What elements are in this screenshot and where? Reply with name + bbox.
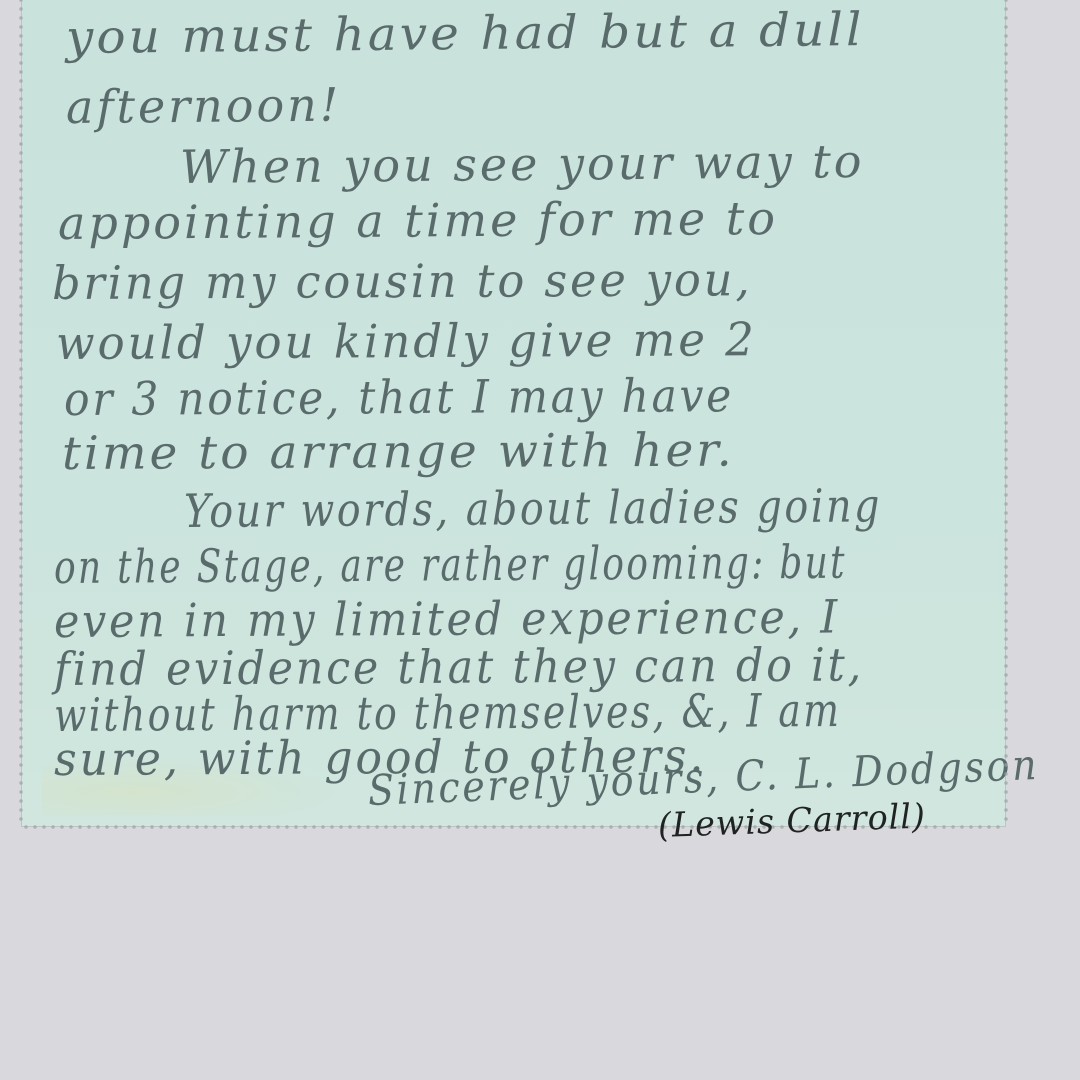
letter-line-7: or 3 notice, that I may have xyxy=(64,368,734,426)
letter-paper: you must have had but a dull afternoon! … xyxy=(22,0,1005,826)
signature-pen-name: (Lewis Carroll) xyxy=(657,796,926,846)
letter-line-3: When you see your way to xyxy=(180,134,865,194)
letter-line-4: appointing a time for me to xyxy=(58,191,778,250)
letter-line-6: would you kindly give me 2 xyxy=(56,312,757,370)
letter-line-1: you must have had but a dull xyxy=(66,2,865,64)
letter-line-8: time to arrange with her. xyxy=(62,423,735,480)
letter-body: you must have had but a dull afternoon! … xyxy=(22,0,1005,826)
letter-line-9: Your words, about ladies going xyxy=(184,478,882,538)
letter-line-5: bring my cousin to see you, xyxy=(52,252,753,310)
letter-line-10: on the Stage, are rather glooming: but xyxy=(54,535,847,594)
letter-line-2: afternoon! xyxy=(66,78,342,134)
